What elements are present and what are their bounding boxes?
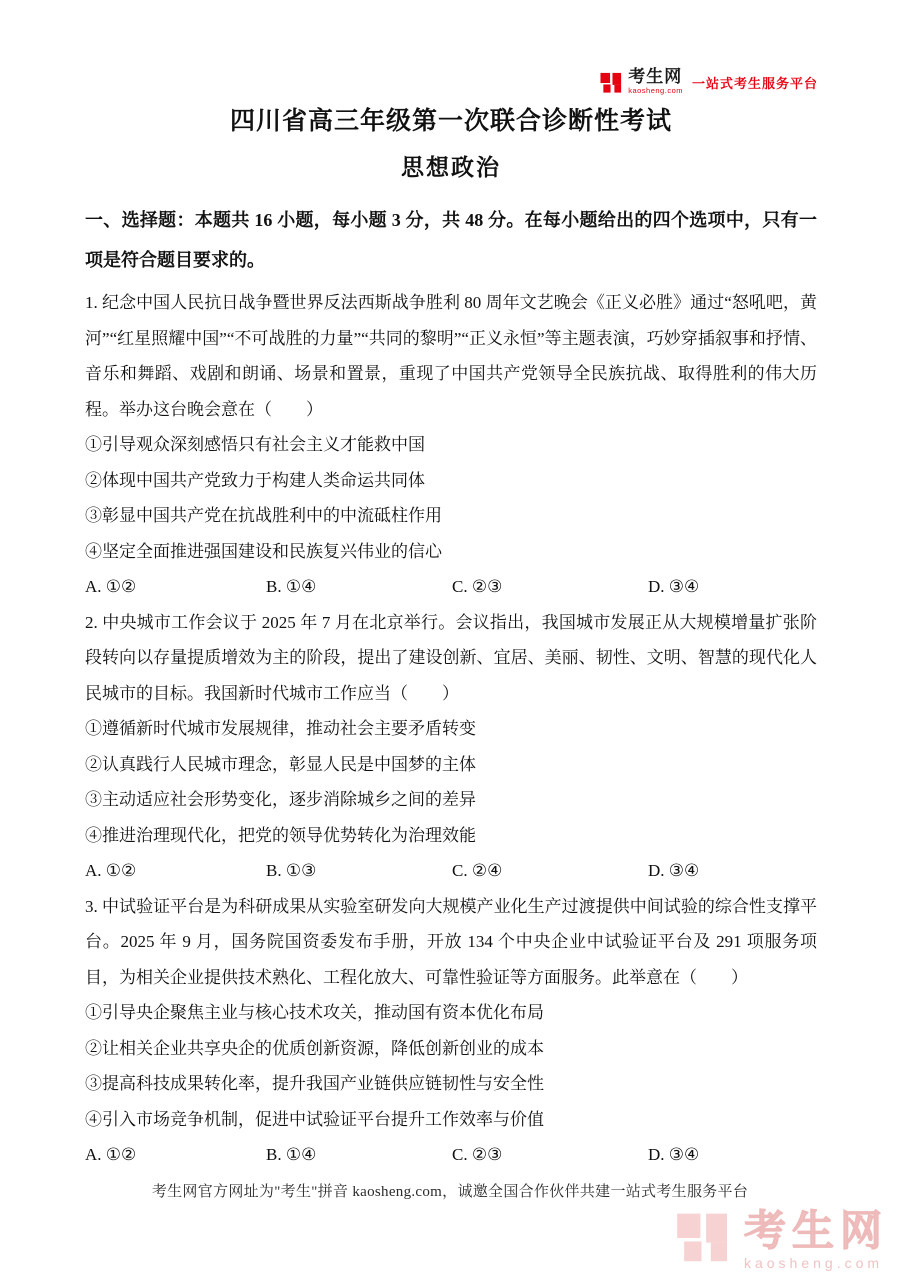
option-item-1: ①遵循新时代城市发展规律，推动社会主要矛盾转变 (85, 711, 817, 747)
logo-brand-name: 考生网 (628, 68, 683, 85)
watermark-domain: kaosheng.com (744, 1255, 888, 1271)
logo-text-block: 考生网 kaosheng.com (628, 68, 683, 95)
choice-c: C. ②③ (452, 1137, 648, 1173)
option-item-2: ②认真践行人民城市理念，彰显人民是中国梦的主体 (85, 747, 817, 783)
choice-a: A. ①② (85, 853, 266, 889)
answer-choices-row: A. ①② B. ①④ C. ②③ D. ③④ (85, 1137, 817, 1173)
choice-a: A. ①② (85, 569, 266, 605)
kaosheng-watermark-icon (676, 1209, 734, 1267)
option-item-4: ④引入市场竞争机制，促进中试验证平台提升工作效率与价值 (85, 1102, 817, 1138)
option-item-3: ③主动适应社会形势变化，逐步消除城乡之间的差异 (85, 782, 817, 818)
choice-b: B. ①④ (266, 1137, 452, 1173)
question-stem: 3. 中试验证平台是为科研成果从实验室研发向大规模产业化生产过渡提供中间试验的综… (85, 889, 817, 996)
question-stem: 1. 纪念中国人民抗日战争暨世界反法西斯战争胜利 80 周年文艺晚会《正义必胜》… (85, 285, 817, 427)
option-item-1: ①引导观众深刻感悟只有社会主义才能救中国 (85, 427, 817, 463)
option-item-4: ④推进治理现代化，把党的领导优势转化为治理效能 (85, 818, 817, 854)
question-2: 2. 中央城市工作会议于 2025 年 7 月在北京举行。会议指出，我国城市发展… (85, 605, 817, 889)
logo-tagline: 一站式考生服务平台 (692, 73, 818, 95)
option-item-3: ③彰显中国共产党在抗战胜利中的中流砥柱作用 (85, 498, 817, 534)
kaosheng-watermark: 考生网 kaosheng.com (676, 1209, 888, 1271)
logo-domain: kaosheng.com (628, 87, 683, 95)
exam-title: 四川省高三年级第一次联合诊断性考试 (85, 106, 817, 138)
exam-paper-page: 考生网 kaosheng.com 一站式考生服务平台 四川省高三年级第一次联合诊… (0, 0, 900, 1273)
section-instructions: 一、选择题：本题共 16 小题，每小题 3 分，共 48 分。在每小题给出的四个… (85, 200, 817, 280)
option-item-4: ④坚定全面推进强国建设和民族复兴伟业的信心 (85, 534, 817, 570)
exam-subject: 思想政治 (85, 153, 817, 183)
option-item-3: ③提高科技成果转化率，提升我国产业链供应链韧性与安全性 (85, 1066, 817, 1102)
watermark-text-block: 考生网 kaosheng.com (744, 1209, 888, 1271)
choice-d: D. ③④ (648, 853, 817, 889)
answer-choices-row: A. ①② B. ①③ C. ②④ D. ③④ (85, 853, 817, 889)
choice-b: B. ①④ (266, 569, 452, 605)
answer-choices-row: A. ①② B. ①④ C. ②③ D. ③④ (85, 569, 817, 605)
question-1: 1. 纪念中国人民抗日战争暨世界反法西斯战争胜利 80 周年文艺晚会《正义必胜》… (85, 285, 817, 605)
watermark-brand-name: 考生网 (744, 1209, 888, 1253)
choice-c: C. ②③ (452, 569, 648, 605)
footer-note: 考生网官方网址为"考生"拼音 kaosheng.com，诚邀全国合作伙伴共建一站… (0, 1180, 900, 1201)
question-3: 3. 中试验证平台是为科研成果从实验室研发向大规模产业化生产过渡提供中间试验的综… (85, 889, 817, 1173)
question-stem: 2. 中央城市工作会议于 2025 年 7 月在北京举行。会议指出，我国城市发展… (85, 605, 817, 712)
option-item-2: ②让相关企业共享央企的优质创新资源，降低创新创业的成本 (85, 1031, 817, 1067)
choice-a: A. ①② (85, 1137, 266, 1173)
option-item-1: ①引导央企聚焦主业与核心技术攻关，推动国有资本优化布局 (85, 995, 817, 1031)
document-body: 四川省高三年级第一次联合诊断性考试 思想政治 一、选择题：本题共 16 小题，每… (85, 106, 817, 1173)
kaosheng-logo: 考生网 kaosheng.com 一站式考生服务平台 (600, 68, 818, 95)
option-item-2: ②体现中国共产党致力于构建人类命运共同体 (85, 463, 817, 499)
choice-d: D. ③④ (648, 1137, 817, 1173)
choice-c: C. ②④ (452, 853, 648, 889)
choice-b: B. ①③ (266, 853, 452, 889)
kaosheng-logo-icon (600, 71, 624, 95)
choice-d: D. ③④ (648, 569, 817, 605)
